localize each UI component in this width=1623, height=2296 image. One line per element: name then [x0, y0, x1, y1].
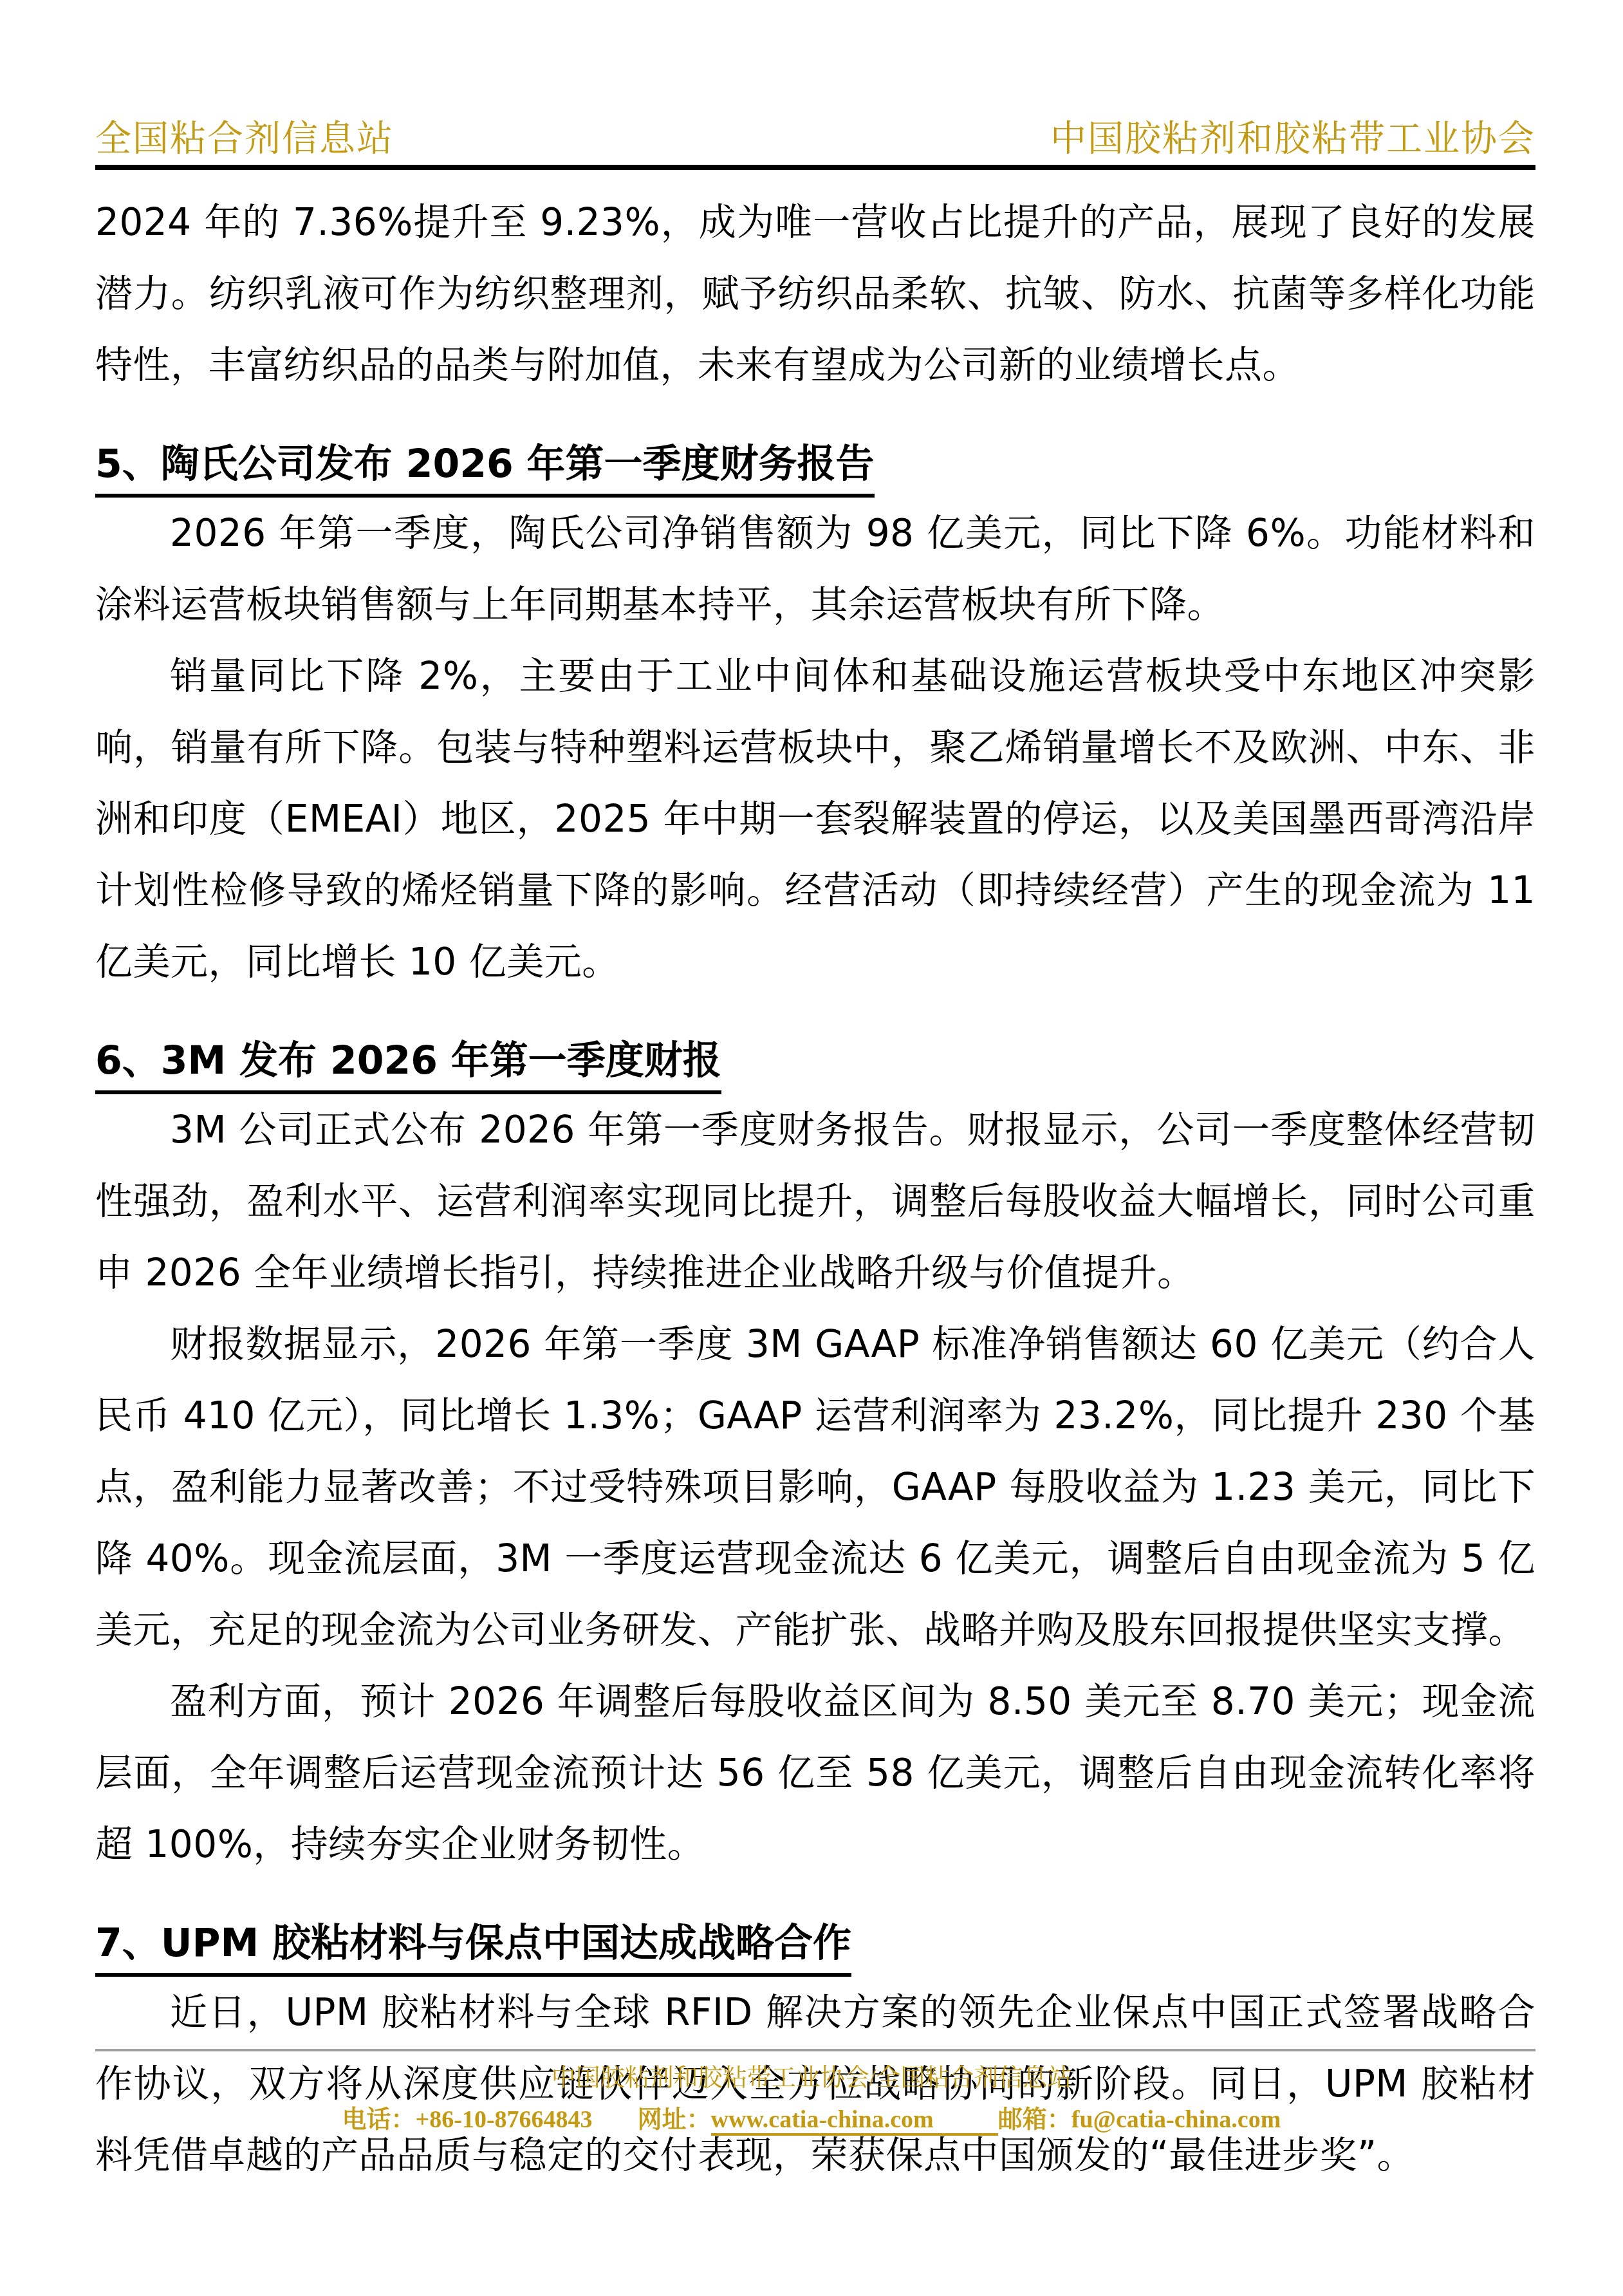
section-heading-3m: 6、3M 发布 2026 年第一季度财报: [95, 1031, 721, 1094]
paragraph: 销量同比下降 2%，主要由于工业中间体和基础设施运营板块受中东地区冲突影响，销量…: [95, 640, 1535, 998]
footer-divider: [95, 2049, 1535, 2051]
header-right-title: 中国胶粘剂和胶粘带工业协会: [1050, 116, 1535, 162]
section-heading-dow: 5、陶氏公司发布 2026 年第一季度财务报告: [95, 434, 875, 498]
document-body: 2024 年的 7.36%提升至 9.23%，成为唯一营收占比提升的产品，展现了…: [95, 187, 1535, 2191]
paragraph: 3M 公司正式公布 2026 年第一季度财务报告。财报显示，公司一季度整体经营韧…: [95, 1094, 1535, 1309]
paragraph: 财报数据显示，2026 年第一季度 3M GAAP 标准净销售额达 60 亿美元…: [95, 1309, 1535, 1666]
phone-label: 电话：: [342, 2106, 416, 2133]
section-6-heading-wrap: 6、3M 发布 2026 年第一季度财报: [95, 1012, 1535, 1094]
section-7-heading-wrap: 7、UPM 胶粘材料与保点中国达成战略合作: [95, 1894, 1535, 1977]
email-address[interactable]: fu@catia-china.com: [1071, 2106, 1281, 2133]
phone-number: +86-10-87664843: [416, 2106, 593, 2133]
paragraph: 盈利方面，预计 2026 年调整后每股收益区间为 8.50 美元至 8.70 美…: [95, 1666, 1535, 1880]
footer-org-line: 中国胶粘剂和胶粘带工业协会/全国粘合剂信息站: [0, 2060, 1623, 2096]
header-left-title: 全国粘合剂信息站: [95, 116, 394, 162]
page-header: 全国粘合剂信息站 中国胶粘剂和胶粘带工业协会: [95, 116, 1535, 167]
website-link[interactable]: www.catia-china.com: [711, 2106, 998, 2136]
paragraph: 2026 年第一季度，陶氏公司净销售额为 98 亿美元，同比下降 6%。功能材料…: [95, 498, 1535, 640]
footer-contact-line: 电话：+86-10-87664843网址：www.catia-china.com…: [0, 2102, 1623, 2138]
continuation-paragraph: 2024 年的 7.36%提升至 9.23%，成为唯一营收占比提升的产品，展现了…: [95, 187, 1535, 401]
email-label: 邮箱：: [998, 2106, 1071, 2133]
header-divider: [95, 165, 1535, 170]
section-5-heading-wrap: 5、陶氏公司发布 2026 年第一季度财务报告: [95, 415, 1535, 498]
section-heading-upm: 7、UPM 胶粘材料与保点中国达成战略合作: [95, 1914, 851, 1977]
website-label: 网址：: [638, 2106, 711, 2133]
